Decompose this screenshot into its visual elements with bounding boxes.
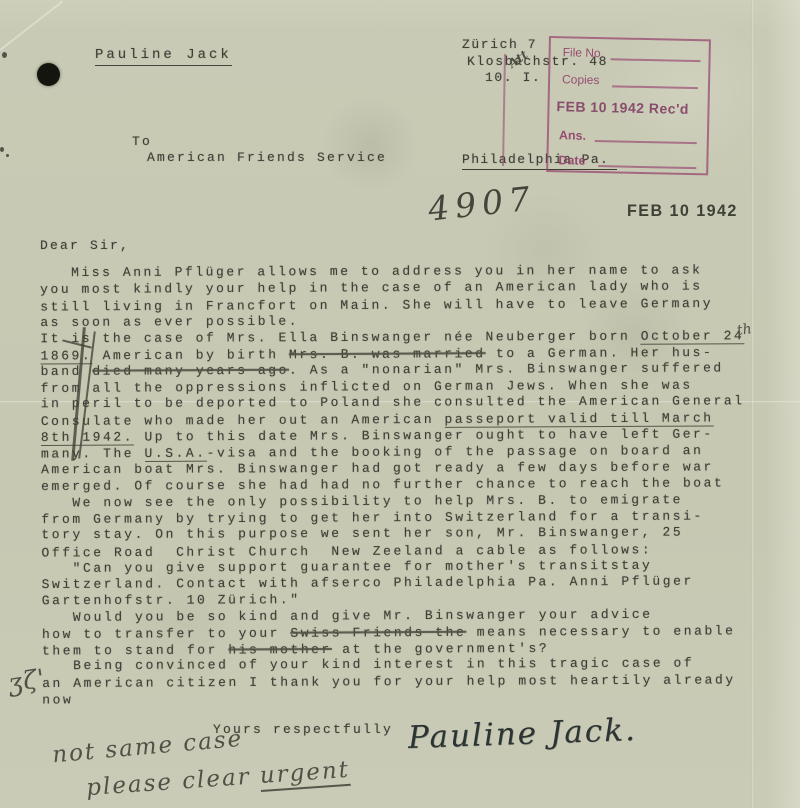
pencil-insert-mark: th — [736, 321, 753, 339]
paper-edge-band — [766, 0, 800, 808]
stamp-ans-label: Ans. — [559, 128, 586, 143]
sender-name: Pauline Jack — [95, 47, 232, 66]
stamp-copies-label: Copies — [562, 72, 600, 87]
paper-speck — [0, 147, 4, 152]
handwritten-case-number: 4907 — [426, 178, 537, 228]
pencil-note-please-clear: please clear urgent — [85, 757, 350, 801]
date-received-stamp: FEB 10 1942 — [627, 201, 738, 221]
letter-line: Gartenhofstr. 10 Zürich." — [42, 590, 746, 609]
stamp-file-no-label: File No. — [563, 45, 605, 60]
stamp-date-label: Date — [558, 153, 585, 168]
stamp-received-date: FEB 10 1942 Rec'd — [556, 98, 689, 117]
paper-speck — [6, 154, 9, 157]
stamp-file-no-line — [611, 58, 701, 61]
letter-line: Being convinced of your kind interest in… — [42, 656, 746, 675]
signature: Pauline Jack. — [407, 712, 637, 756]
letter-page: Pauline Jack Zürich 7 Klosbachstr. 48 10… — [0, 0, 800, 808]
letter-line: Miss Anni Pflüger allows me to address y… — [40, 262, 744, 281]
salutation: Dear Sir, — [40, 238, 130, 253]
corner-crease — [0, 0, 63, 57]
vertical-fold-crease — [751, 0, 754, 808]
letter-line: American boat Mrs. Binswanger had got re… — [41, 459, 745, 478]
letter-line: in peril to be deported to Poland she co… — [41, 393, 745, 412]
stamp-date-line — [598, 165, 696, 169]
pencil-note-not-same-case: not same case — [51, 726, 244, 769]
hole-punch-mark — [37, 63, 60, 86]
pencil-note-text: please clear — [85, 763, 260, 801]
stamp-copies-line — [612, 85, 698, 88]
pencil-margin-squiggle: ʒζ' — [6, 663, 48, 698]
letter-line: tory stay. On this purpose we sent her s… — [41, 525, 745, 544]
recipient-name: American Friends Service — [147, 150, 387, 165]
letter-line: It is the case of Mrs. Ella Binswanger n… — [40, 328, 744, 347]
letter-lines: Miss Anni Pflüger allows me to address y… — [40, 262, 746, 708]
received-stamp: File No. Copies FEB 10 1942 Rec'd Ans. D… — [546, 36, 711, 175]
pencil-note-urgent: urgent — [259, 757, 351, 792]
to-label: To — [132, 134, 152, 149]
paper-speck — [2, 52, 7, 58]
stamp-ans-line — [595, 140, 697, 144]
letter-line: now — [42, 689, 746, 709]
